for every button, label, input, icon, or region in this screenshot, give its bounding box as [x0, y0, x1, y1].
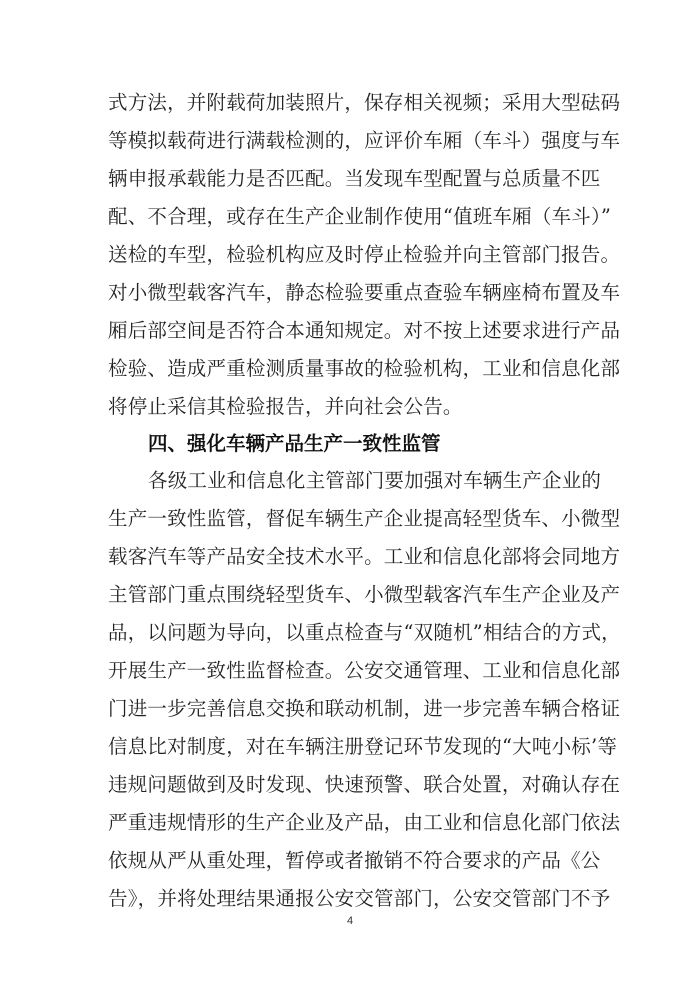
text-line: 品，以问题为导向，以重点检查与“双随机”相结合的方式，	[108, 614, 594, 652]
document-page: 式方法，并附载荷加装照片，保存相关视频；采用大型砝码 等模拟载荷进行满载检测的，…	[0, 0, 700, 990]
text-line: 开展生产一致性监督检查。公安交通管理、工业和信息化部	[108, 652, 594, 690]
text-line: 依规从严从重处理，暂停或者撤销不符合要求的产品《公	[108, 842, 594, 880]
text-line: 对小微型载客汽车，静态检验要重点查验车辆座椅布置及车	[108, 274, 594, 312]
text-line: 厢后部空间是否符合本通知规定。对不按上述要求进行产品	[108, 312, 594, 350]
page-number: 4	[0, 915, 700, 927]
text-line: 将停止采信其检验报告，并向社会公告。	[108, 388, 594, 426]
text-line: 严重违规情形的生产企业及产品，由工业和信息化部门依法	[108, 804, 594, 842]
text-line: 门进一步完善信息交换和联动机制，进一步完善车辆合格证	[108, 690, 594, 728]
text-line: 等模拟载荷进行满载检测的，应评价车厢（车斗）强度与车	[108, 122, 594, 160]
text-line: 信息比对制度，对在车辆注册登记环节发现的“大吨小标’等	[108, 728, 594, 766]
text-line: 式方法，并附载荷加装照片，保存相关视频；采用大型砝码	[108, 84, 594, 122]
text-line: 告》，并将处理结果通报公安交管部门，公安交管部门不予	[108, 880, 594, 918]
paragraph-inspection-requirements: 式方法，并附载荷加装照片，保存相关视频；采用大型砝码 等模拟载荷进行满载检测的，…	[108, 84, 594, 426]
text-line: 辆申报承载能力是否匹配。当发现车型配置与总质量不匹	[108, 160, 594, 198]
document-body: 式方法，并附载荷加装照片，保存相关视频；采用大型砝码 等模拟载荷进行满载检测的，…	[108, 84, 594, 918]
section-heading: 四、强化车辆产品生产一致性监管	[108, 426, 594, 462]
text-line: 检验、造成严重检测质量事故的检验机构，工业和信息化部	[108, 350, 594, 388]
text-line: 违规问题做到及时发现、快速预警、联合处置，对确认存在	[108, 766, 594, 804]
text-line: 送检的车型，检验机构应及时停止检验并向主管部门报告。	[108, 236, 594, 274]
text-line: 配、不合理，或存在生产企业制作使用“值班车厢（车斗）”	[108, 198, 594, 236]
text-line: 主管部门重点围绕轻型货车、小微型载客汽车生产企业及产	[108, 576, 594, 614]
text-line: 各级工业和信息化主管部门要加强对车辆生产企业的	[108, 462, 594, 500]
paragraph-production-consistency: 各级工业和信息化主管部门要加强对车辆生产企业的 生产一致性监管，督促车辆生产企业…	[108, 462, 594, 918]
text-line: 生产一致性监管，督促车辆生产企业提高轻型货车、小微型	[108, 500, 594, 538]
text-line: 载客汽车等产品安全技术水平。工业和信息化部将会同地方	[108, 538, 594, 576]
